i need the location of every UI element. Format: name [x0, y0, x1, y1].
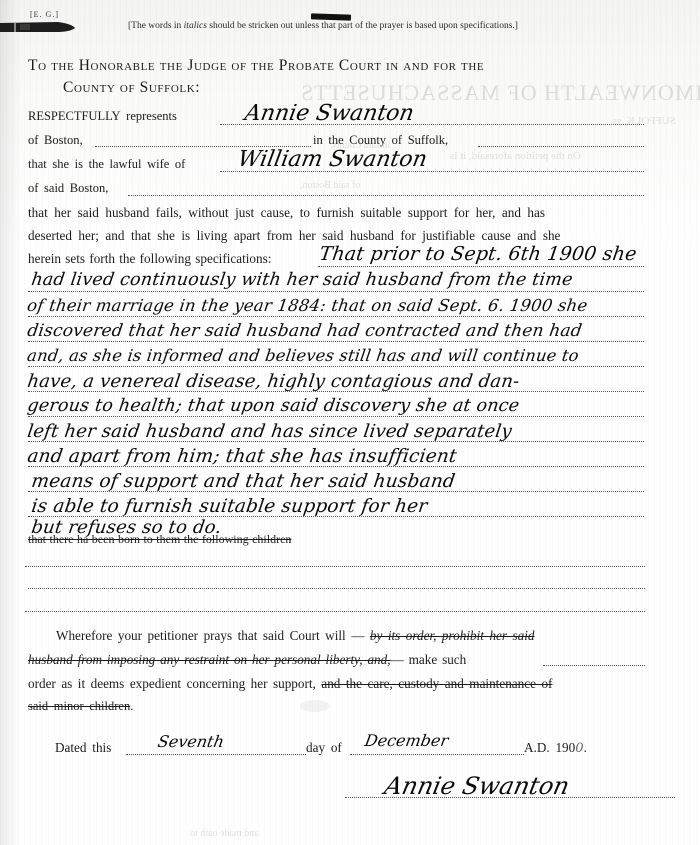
bleed-through-bottom: and made oath to — [190, 828, 259, 839]
prayer-line-1: Wherefore your petitioner prays that sai… — [56, 628, 535, 644]
spec-rule-3 — [28, 341, 644, 342]
spec-rule-1 — [28, 291, 644, 292]
dated-label: Dated this — [55, 740, 111, 756]
children-clause-colon: : — [288, 532, 291, 547]
lawful-wife-label: that she is the lawful wife of — [28, 157, 185, 172]
instruction-prefix: [The words in — [128, 21, 184, 31]
day-field[interactable]: Seventh — [156, 732, 225, 751]
form-code-label: [E. G.] — [30, 10, 59, 19]
prayer-line-1-plain: Wherefore your petitioner prays that sai… — [56, 628, 346, 643]
petitioner-name-field[interactable]: Annie Swanton — [243, 101, 416, 126]
prayer-line-4: said minor children. — [28, 699, 133, 714]
quill-pen-icon — [0, 20, 76, 34]
spec-rule-2 — [28, 316, 644, 317]
specification-line-8[interactable]: left her said husband and has since live… — [26, 421, 513, 442]
day-field-line — [126, 754, 306, 755]
specification-line-2[interactable]: had lived continuously with her said hus… — [30, 270, 574, 290]
specification-line-6[interactable]: have, a venereal disease, highly contagi… — [26, 371, 521, 392]
county-field-line — [478, 146, 644, 147]
specification-line-1[interactable]: That prior to Sept. 6th 1900 she — [318, 243, 638, 265]
spec-rule-6 — [28, 416, 644, 417]
year-label: A.D. 1900. — [524, 740, 587, 756]
court-heading-line1: To the Honorable the Judge of the Probat… — [28, 57, 484, 75]
prayer-line-3: order as it deems expedient concerning h… — [28, 676, 552, 692]
day-of-label: day of — [306, 740, 342, 756]
instruction-suffix: should be stricken out unless that part … — [207, 21, 518, 31]
instruction-note: [The words in italics should be stricken… — [128, 21, 518, 31]
bleed-through-petition: On the petition aforesaid, it is — [450, 150, 581, 162]
husband-name-field[interactable]: William Swanton — [236, 147, 429, 172]
prayer-line-4-struck: said minor children — [28, 699, 130, 713]
body-line-2: deserted her; and that she is living apa… — [28, 228, 560, 244]
prayer-line-4-end: . — [130, 699, 133, 713]
ink-blot — [311, 13, 351, 20]
of-said-boston-label: of said Boston, — [28, 181, 108, 196]
specification-line-3[interactable]: of their marriage in the year 1884: that… — [26, 296, 589, 315]
prayer-line-2: husband from imposing any restraint on h… — [28, 652, 466, 668]
children-field-line-1[interactable] — [25, 566, 645, 567]
prayer-line-2-plain: make such — [409, 652, 467, 667]
paper-smudge — [300, 700, 330, 712]
specification-line-7[interactable]: gerous to health; that upon said discove… — [26, 396, 521, 416]
bleed-through-suffolk: SUFFOLK, ss. — [610, 115, 676, 127]
prayer-field-line — [543, 665, 645, 666]
scan-edge-shadow — [0, 0, 20, 845]
prayer-line-1-struck: by its order, prohibit her said — [370, 628, 535, 643]
instruction-italic-word: italics — [184, 21, 207, 31]
represents-label: RESPECTFULLY represents — [28, 109, 177, 124]
of-boston-label: of Boston, — [28, 133, 83, 148]
children-clause-stricken: that there ha been born to them the foll… — [28, 532, 291, 547]
specification-line-4[interactable]: discovered that her said husband had con… — [26, 321, 583, 341]
body-line-3-prefix: herein sets forth the following specific… — [28, 251, 271, 267]
specification-line-10[interactable]: means of support and that her said husba… — [30, 471, 456, 492]
court-heading-line2: County of Suffolk: — [63, 79, 200, 97]
children-field-line-2[interactable] — [28, 588, 645, 589]
month-field[interactable]: December — [363, 731, 450, 750]
spec-rule-4 — [28, 366, 644, 367]
petitioner-signature[interactable]: Annie Swanton — [382, 772, 572, 800]
prayer-line-3-plain: order as it deems expedient concerning h… — [28, 676, 316, 691]
county-label: in the County of Suffolk, — [313, 133, 448, 148]
year-prefix: A.D. 190 — [524, 740, 575, 755]
prayer-line-2-struck: husband from imposing any restraint on h… — [28, 652, 391, 667]
year-period: . — [584, 740, 587, 755]
specification-line-9[interactable]: and apart from him; that she has insuffi… — [26, 446, 458, 467]
of-said-field-line — [128, 195, 644, 196]
children-field-line-3[interactable] — [25, 611, 645, 612]
specification-line-11[interactable]: is able to furnish suitable support for … — [30, 496, 429, 517]
spec-rule-0 — [318, 266, 644, 267]
document-page: COMMONWEALTH OF MASSACHUSETTS SUFFOLK, s… — [0, 0, 700, 845]
specification-line-5[interactable]: and, as she is informed and believes sti… — [26, 346, 580, 365]
year-handwritten-digit[interactable]: 0 — [575, 741, 583, 756]
body-line-1: that her said husband fails, without jus… — [28, 205, 545, 221]
bleed-through-boston: of said Boston, — [300, 180, 360, 191]
prayer-line-3-struck: and the care, custody and maintenance of — [321, 676, 552, 691]
month-field-line — [350, 754, 524, 755]
